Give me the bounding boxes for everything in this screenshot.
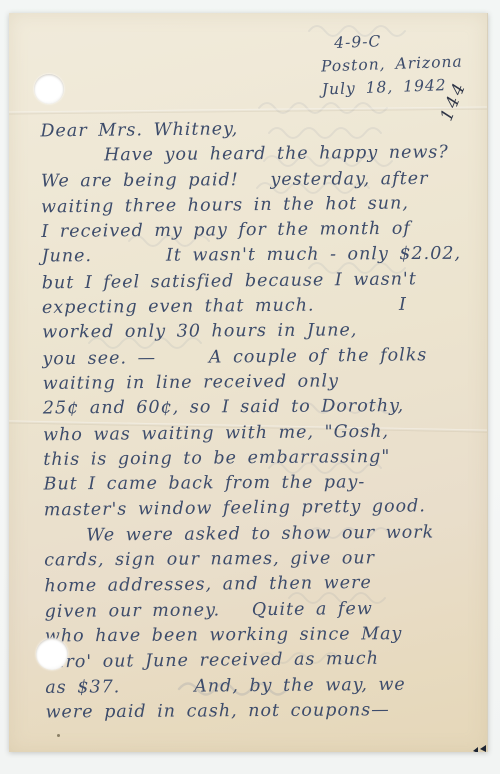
letter-line: We were asked to show our work xyxy=(44,520,488,549)
corner-mark-icon xyxy=(473,744,487,752)
letter-body: Dear Mrs. Whitney, Have you heard the ha… xyxy=(40,115,488,726)
letter-line: this is going to be embarrassing" xyxy=(43,444,487,473)
letter-line: waiting in line received only xyxy=(43,368,487,397)
header-date: July 18, 1942 xyxy=(321,74,463,102)
paper-speck xyxy=(57,734,60,737)
letter-line: Have you heard the happy news? xyxy=(41,140,485,169)
letter-line: expecting even that much. I xyxy=(42,292,486,321)
letter-line: were paid in cash, not coupons— xyxy=(45,697,488,725)
letter-line: We are being paid! yesterday, after xyxy=(41,166,485,194)
fold-crease xyxy=(9,106,487,114)
letter-line: worked only 30 hours in June, xyxy=(42,318,486,346)
letter-line: 25¢ and 60¢, so I said to Dorothy, xyxy=(43,394,487,422)
punch-hole-bottom xyxy=(36,638,68,670)
punch-hole-top xyxy=(34,74,64,104)
letter-paper: 4-9-C Poston, Arizona July 18, 1942 144 … xyxy=(9,13,488,752)
letter-line: given our money. Quite a few xyxy=(45,596,488,625)
scan-background: 4-9-C Poston, Arizona July 18, 1942 144 … xyxy=(0,0,500,774)
letter-header: 4-9-C Poston, Arizona July 18, 1942 xyxy=(320,28,464,102)
letter-line: as $37. And, by the way, we xyxy=(45,672,488,701)
letter-line: June. It wasn't much - only $2.02, xyxy=(41,242,485,270)
